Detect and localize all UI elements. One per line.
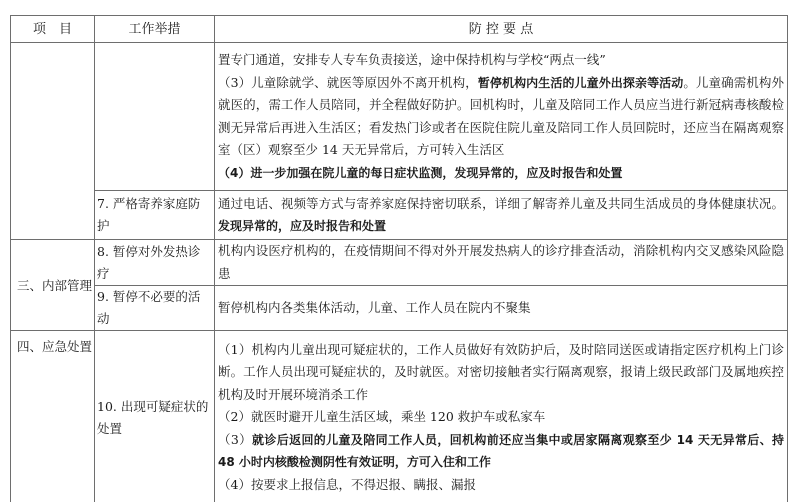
epidemic-control-table: 项 目 工作举措 防 控 要 点 置专门通道，安排专人专车负责接送，途中保持机构… [10, 15, 788, 502]
point-text: 机构内设医疗机构的，在疫情期间不得对外开展发热病人的诊疗排查活动，消除机构内交叉… [218, 240, 784, 285]
measure-cell [95, 43, 215, 191]
header-measure: 工作举措 [95, 16, 215, 43]
section-cell [11, 43, 95, 240]
section-cell: 三、内部管理 [11, 240, 95, 331]
section-cell: 四、应急处置 [11, 331, 95, 502]
point-text: （1）机构内儿童出现可疑症状的，工作人员做好有效防护后，及时陪同送医或请指定医疗… [218, 339, 784, 407]
point-text-bold: 发现异常的，应及时报告和处置 [218, 219, 386, 233]
measure-cell: 7. 严格寄养家庭防护 [95, 191, 215, 240]
measure-cell: 10. 出现可疑症状的处置 [95, 331, 215, 502]
point-text: （3）儿童除就学、就医等原因外不离开机构，暂停机构内生活的儿童外出探亲等活动。儿… [218, 72, 784, 162]
point-text: （4）按要求上报信息，不得迟报、瞒报、漏报 [218, 474, 784, 497]
table-row: 置专门通道，安排专人专车负责接送，途中保持机构与学校“两点一线” （3）儿童除就… [11, 43, 788, 191]
point-text-normal: （3） [218, 432, 252, 447]
points-cell: 机构内设医疗机构的，在疫情期间不得对外开展发热病人的诊疗排查活动，消除机构内交叉… [215, 240, 788, 286]
point-text-bold: 暂停机构内生活的儿童外出探亲等活动 [478, 76, 684, 90]
table-row: 四、应急处置 10. 出现可疑症状的处置 （1）机构内儿童出现可疑症状的，工作人… [11, 331, 788, 502]
point-text: （2）就医时避开儿童生活区域，乘坐 120 救护车或私家车 [218, 406, 784, 429]
point-text: 置专门通道，安排专人专车负责接送，途中保持机构与学校“两点一线” [218, 49, 784, 72]
point-text-bold: 就诊后返回的儿童及陪同工作人员，回机构前还应当集中或居家隔离观察至少 14 天无… [218, 433, 784, 470]
points-cell: （1）机构内儿童出现可疑症状的，工作人员做好有效防护后，及时陪同送医或请指定医疗… [215, 331, 788, 502]
points-cell: 暂停机构内各类集体活动，儿童、工作人员在院内不聚集 [215, 286, 788, 331]
measure-cell: 9. 暂停不必要的活动 [95, 286, 215, 331]
header-item: 项 目 [11, 16, 95, 43]
measure-cell: 8. 暂停对外发热诊疗 [95, 240, 215, 286]
points-cell: 通过电话、视频等方式与寄养家庭保持密切联系，详细了解寄养儿童及共同生活成员的身体… [215, 191, 788, 240]
table-row: 9. 暂停不必要的活动 暂停机构内各类集体活动，儿童、工作人员在院内不聚集 [11, 286, 788, 331]
header-points: 防 控 要 点 [215, 16, 788, 43]
point-text-normal: （3）儿童除就学、就医等原因外不离开机构， [218, 75, 478, 90]
point-text-bold: （4）进一步加强在院儿童的每日症状监测，发现异常的，应及时报告和处置 [218, 162, 784, 185]
table-header-row: 项 目 工作举措 防 控 要 点 [11, 16, 788, 43]
points-cell: 置专门通道，安排专人专车负责接送，途中保持机构与学校“两点一线” （3）儿童除就… [215, 43, 788, 191]
point-text: 暂停机构内各类集体活动，儿童、工作人员在院内不聚集 [218, 297, 784, 320]
table-row: 三、内部管理 8. 暂停对外发热诊疗 机构内设医疗机构的，在疫情期间不得对外开展… [11, 240, 788, 286]
point-text-normal: 通过电话、视频等方式与寄养家庭保持密切联系，详细了解寄养儿童及共同生活成员的身体… [218, 196, 784, 211]
table-row: 7. 严格寄养家庭防护 通过电话、视频等方式与寄养家庭保持密切联系，详细了解寄养… [11, 191, 788, 240]
